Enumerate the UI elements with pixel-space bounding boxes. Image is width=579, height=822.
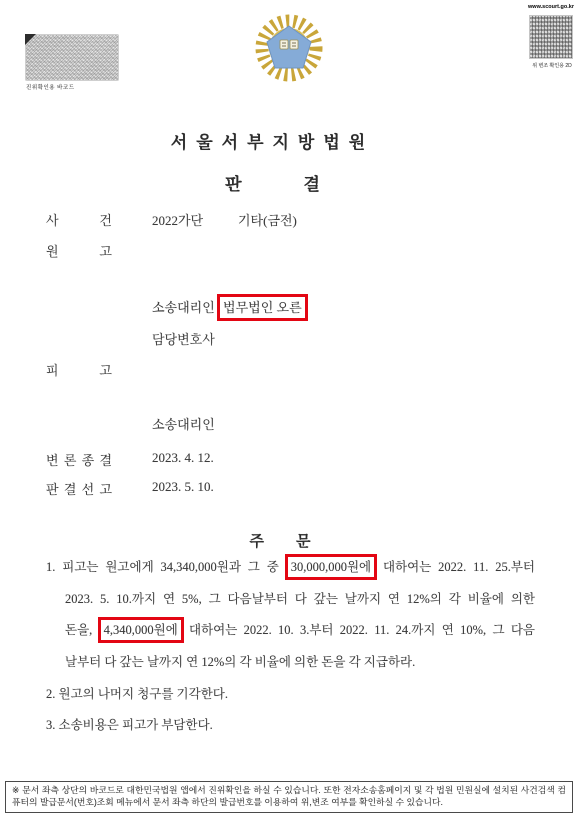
counsel-label: 소송대리인: [152, 300, 215, 315]
defendant-counsel-label: 소송대리인: [152, 417, 215, 432]
doc-type-char-1: 판: [225, 175, 241, 194]
defendant-label: 피 고: [46, 360, 112, 379]
order-item2: 2. 원고의 나머지 청구를 기각한다.: [46, 684, 228, 702]
case-type: 기타(금전): [238, 210, 297, 229]
order-item1-line4: 날부터 다 갚는 날까지 연 12%의 각 비율에 의한 돈을 각 지급하라.: [65, 652, 535, 670]
verification-barcode: [25, 34, 119, 81]
judgment-date-row: 판 결 선 고 2023. 5. 10.: [46, 479, 112, 498]
attorney-label: 담당변호사: [152, 332, 215, 347]
court-emblem-icon: [252, 12, 326, 86]
hearing-closed-row: 변 론 종 결 2023. 4. 12.: [46, 450, 112, 469]
order-item1-line3-pre: 돈을,: [65, 623, 99, 637]
order-item1-line1-post: 대하여는 2022. 11. 25.부터: [376, 560, 535, 574]
document-type-heading: 판결: [0, 170, 545, 195]
case-row: 사 건 2022가단 기타(금전): [46, 210, 112, 229]
order-item3: 3. 소송비용은 피고가 부담한다.: [46, 715, 213, 733]
judgment-date-label: 판 결 선 고: [46, 479, 112, 498]
case-label: 사 건: [46, 210, 112, 229]
verification-notice: ※ 문서 좌측 상단의 바코드로 대한민국법원 앱에서 진위확인을 하실 수 있…: [5, 781, 573, 813]
barcode-corner-mark: [25, 34, 36, 45]
order-heading-char-2: 문: [296, 534, 311, 550]
doc-type-char-2: 결: [304, 175, 320, 194]
plaintiff-counsel-row: 소송대리인 법무법인 오른: [152, 297, 307, 316]
hearing-closed-date: 2023. 4. 12.: [152, 450, 214, 466]
order-heading: 주문: [0, 530, 560, 551]
amount-annotation-box-1: 30,000,000원에: [285, 554, 377, 580]
law-firm-annotation-box: 법무법인 오른: [217, 294, 308, 321]
plaintiff-label: 원 고: [46, 241, 112, 260]
order-item1-line1: 1. 피고는 원고에게 34,340,000원과 그 중 30,000,000원…: [46, 557, 535, 575]
case-number: 2022가단: [152, 210, 203, 229]
amount-annotation-box-2: 4,340,000원에: [98, 617, 184, 643]
law-firm-name: 법무법인 오른: [223, 300, 302, 315]
attorney-row: 담당변호사: [152, 329, 215, 348]
court-name-title: 서울서부지방법원: [0, 128, 545, 153]
order-item1-line1-pre: 1. 피고는 원고에게 34,340,000원과 그 중: [46, 560, 286, 574]
court-website-url: www.scourt.go.kr: [527, 4, 575, 10]
hearing-closed-label: 변 론 종 결: [46, 450, 112, 469]
order-item1-line2: 2023. 5. 10.까지 연 5%, 그 다음날부터 다 갚는 날까지 연 …: [65, 589, 535, 607]
defendant-counsel-row: 소송대리인: [152, 414, 215, 433]
order-heading-char-1: 주: [250, 534, 265, 550]
barcode-caption: 진위확인용 바코드: [26, 83, 75, 91]
anti-forgery-qr-code: [529, 15, 573, 59]
defendant-row: 피 고: [46, 360, 112, 379]
judgment-date: 2023. 5. 10.: [152, 479, 214, 495]
court-judgment-document: 진위확인용 바코드 www.scourt.go.kr 위 변조 확인용 2D 서…: [0, 0, 579, 822]
plaintiff-row: 원 고: [46, 241, 112, 260]
principal-amount-1: 30,000,000원에: [291, 560, 371, 574]
principal-amount-2: 4,340,000원에: [104, 623, 178, 637]
order-item1-line3: 돈을, 4,340,000원에 대하여는 2022. 10. 3.부터 2022…: [65, 620, 535, 638]
qr-caption: 위 변조 확인용 2D: [527, 62, 577, 69]
order-item1-line3-post: 대하여는 2022. 10. 3.부터 2022. 11. 24.까지 연 10…: [183, 623, 535, 637]
